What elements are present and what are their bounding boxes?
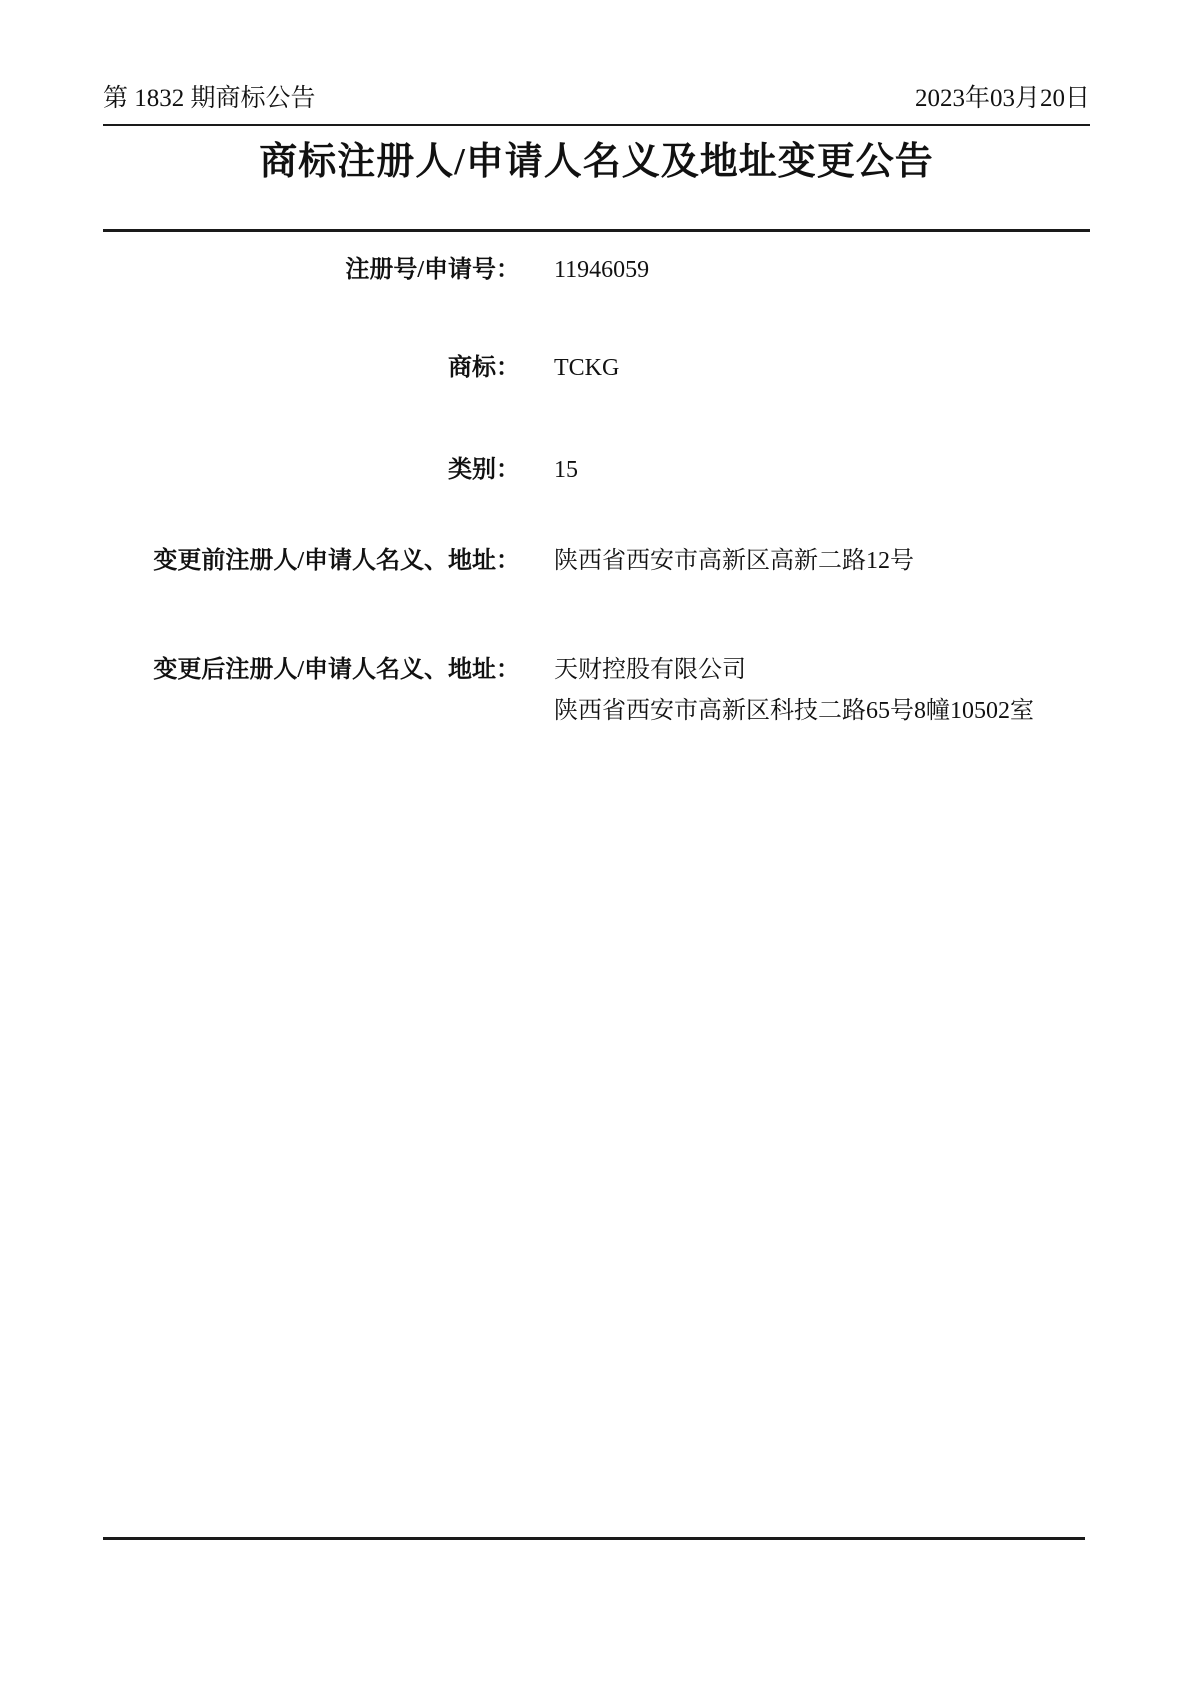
field-value: 陕西省西安市高新区高新二路12号 <box>554 543 914 579</box>
footer-divider <box>103 1537 1085 1540</box>
title-divider <box>103 229 1090 232</box>
field-row-after-change: 变更后注册人/申请人名义、地址： 天财控股有限公司 陕西省西安市高新区科技二路6… <box>103 650 1090 732</box>
field-row-before-change: 变更前注册人/申请人名义、地址： 陕西省西安市高新区高新二路12号 <box>103 543 1090 579</box>
field-value: 天财控股有限公司 陕西省西安市高新区科技二路65号8幢10502室 <box>554 650 1034 732</box>
field-value: TCKG <box>554 350 619 386</box>
field-label: 变更后注册人/申请人名义、地址： <box>103 650 520 691</box>
document-page: 第 1832 期商标公告 2023年03月20日 商标注册人/申请人名义及地址变… <box>0 0 1190 1684</box>
page-header: 第 1832 期商标公告 2023年03月20日 <box>103 84 1090 114</box>
page-title: 商标注册人/申请人名义及地址变更公告 <box>103 140 1090 184</box>
field-row-trademark: 商标： TCKG <box>103 350 1090 386</box>
field-label: 商标： <box>103 350 520 386</box>
field-label: 类别： <box>103 452 520 488</box>
field-row-class: 类别： 15 <box>103 452 1090 488</box>
field-value-line-address: 陕西省西安市高新区科技二路65号8幢10502室 <box>554 691 1034 732</box>
gazette-date: 2023年03月20日 <box>915 84 1090 114</box>
field-value: 15 <box>554 452 578 488</box>
field-label: 注册号/申请号： <box>103 252 520 288</box>
field-value-line-company: 天财控股有限公司 <box>554 650 1034 691</box>
field-label: 变更前注册人/申请人名义、地址： <box>103 543 520 579</box>
gazette-issue-label: 第 1832 期商标公告 <box>103 84 316 114</box>
field-value: 11946059 <box>554 252 649 288</box>
field-row-registration-number: 注册号/申请号： 11946059 <box>103 252 1090 288</box>
header-divider <box>103 124 1090 126</box>
